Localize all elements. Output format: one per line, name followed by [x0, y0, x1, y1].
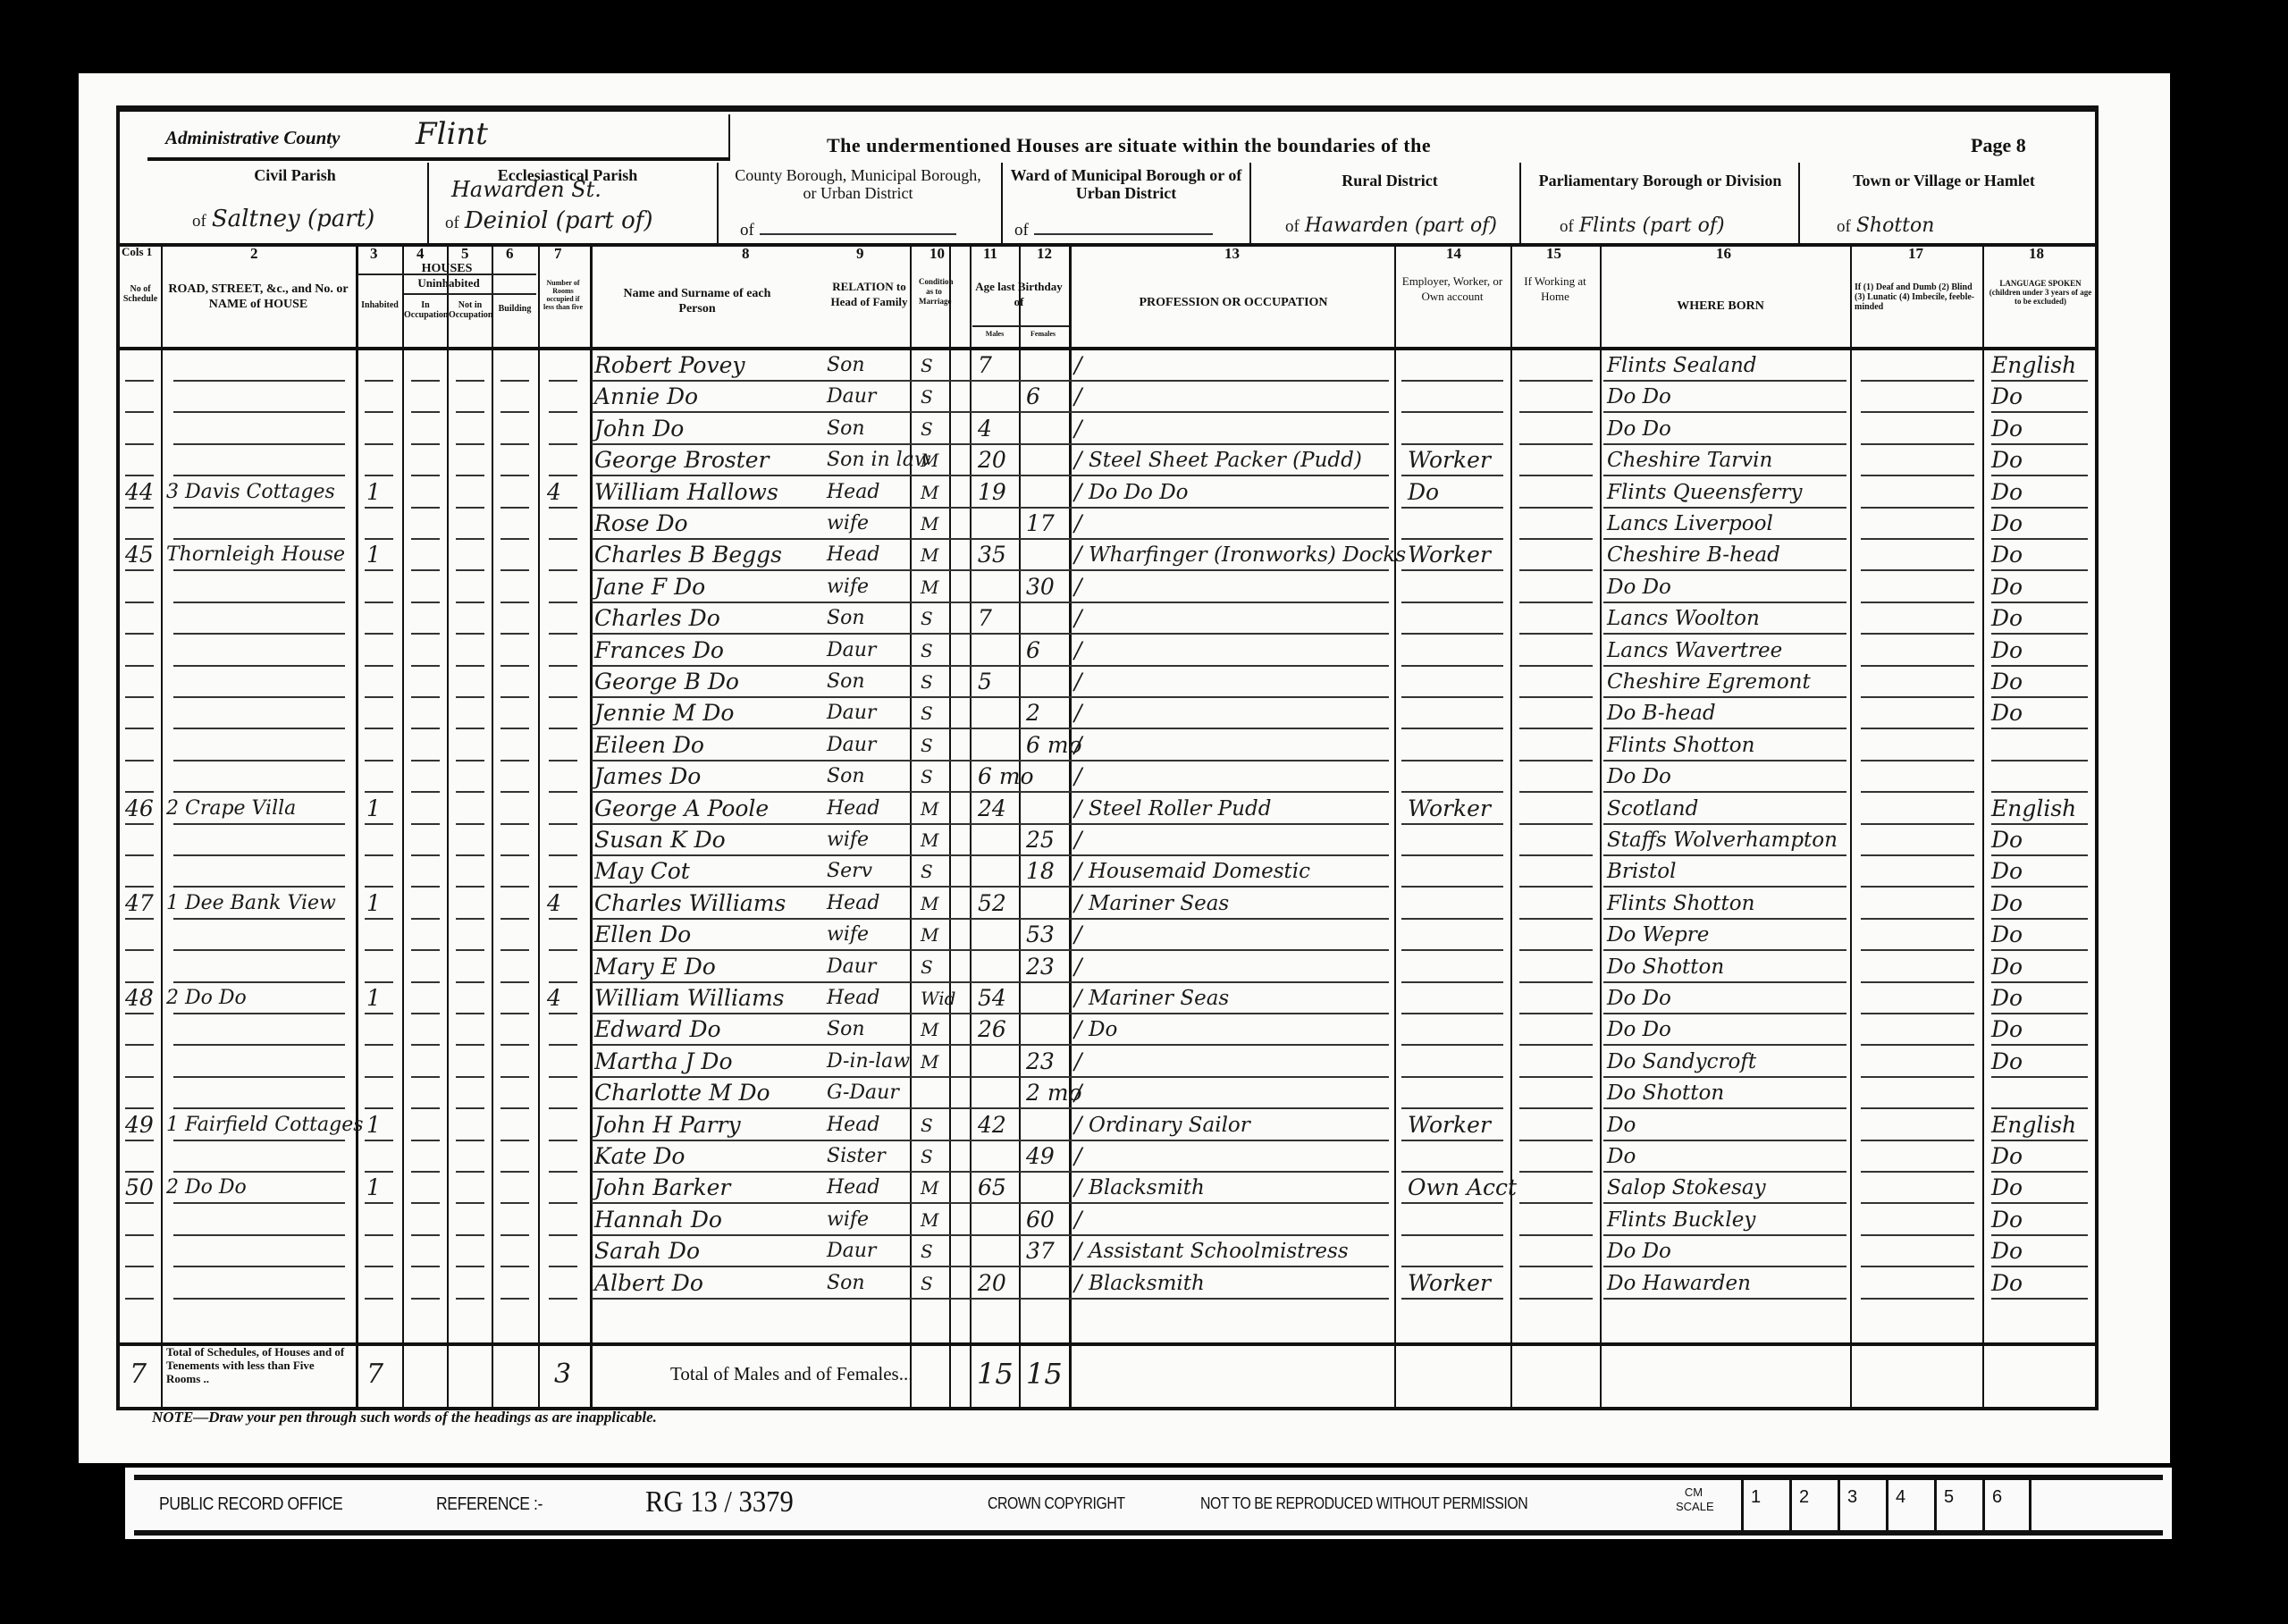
schedule-number: 48: [125, 983, 154, 1014]
table-row: /Albert DoSonS20BlacksmithWorkerDo Hawar…: [0, 1268, 1975, 1300]
total-schedules: 7: [130, 1359, 147, 1390]
tick-mark: /: [1074, 1205, 1081, 1236]
person-name: Jennie M Do: [594, 698, 734, 729]
column-number: 17: [1908, 245, 1923, 263]
language: Do: [1991, 572, 2023, 603]
relation: Daur: [827, 730, 876, 762]
employment-status: Own Acct: [1408, 1173, 1517, 1204]
birthplace: Do Wepre: [1607, 920, 1709, 951]
column-number: 5: [461, 245, 469, 263]
relation: wife: [827, 509, 869, 540]
town-value: ofShotton: [1837, 215, 1934, 237]
relation: Daur: [827, 382, 876, 413]
table-row: /George B DoSonS5Cheshire EgremontDo: [0, 667, 1975, 698]
column-number: 3: [370, 245, 378, 263]
person-name: Charles B Beggs: [594, 540, 782, 571]
marital-condition: M: [921, 1205, 938, 1236]
tick-mark: /: [1074, 762, 1081, 793]
inhabited-count: 1: [366, 1173, 381, 1204]
relation: Daur: [827, 952, 876, 983]
column-number: 18: [2029, 245, 2044, 263]
relation: Head: [827, 983, 879, 1014]
language: Do: [1991, 540, 2023, 571]
address: Thornleigh House: [166, 540, 345, 571]
cm-scale-mark: 6: [1982, 1480, 2031, 1530]
language: English: [1991, 350, 2076, 382]
col-head-infirmity: If (1) Deaf and Dumb (2) Blind (3) Lunat…: [1855, 282, 1980, 312]
col-head-employment: Employer, Worker, or Own account: [1399, 273, 1506, 304]
address: 3 Davis Cottages: [166, 477, 335, 509]
relation: Head: [827, 888, 879, 920]
footer-office: PUBLIC RECORD OFFICE: [159, 1494, 342, 1515]
relation: Head: [827, 477, 879, 509]
birthplace: Scotland: [1607, 794, 1698, 825]
table-row: /Susan K DowifeM25Staffs WolverhamptonDo: [0, 825, 1975, 856]
employment-status: Worker: [1408, 540, 1491, 571]
female-age: 17: [1026, 509, 1055, 540]
relation: Head: [827, 540, 879, 571]
cm-scale-mark: 4: [1886, 1480, 1934, 1530]
person-name: Rose Do: [594, 509, 688, 540]
col-head-schedule: No of Schedule: [122, 284, 159, 304]
total-rooms: 3: [554, 1359, 571, 1390]
footer-permission: NOT TO BE REPRODUCED WITHOUT PERMISSION: [1200, 1494, 1527, 1513]
instructions-note: NOTE—Draw your pen through such words of…: [152, 1409, 657, 1426]
person-name: Martha J Do: [594, 1047, 733, 1078]
person-name: William Williams: [594, 983, 784, 1014]
inhabited-count: 1: [366, 477, 381, 509]
relation: Sister: [827, 1141, 886, 1173]
civil-parish-label: Civil Parish: [179, 166, 411, 184]
male-age: 7: [978, 603, 992, 635]
person-name: Charlotte M Do: [594, 1078, 770, 1109]
female-age: 6: [1026, 635, 1040, 667]
female-age: 23: [1026, 1047, 1055, 1078]
table-row: /Charlotte M DoG-Daur2 moDo Shotton: [0, 1078, 1975, 1109]
employment-status: Do: [1408, 477, 1439, 509]
cm-scale-label: CM SCALE: [1676, 1485, 1712, 1514]
footer-reference: RG 13 / 3379: [645, 1485, 794, 1519]
column-number: 2: [250, 245, 258, 263]
marital-condition: S: [921, 1268, 933, 1300]
address: 2 Do Do: [166, 1173, 247, 1204]
male-age: 42: [978, 1110, 1006, 1141]
person-name: John Barker: [594, 1173, 730, 1204]
total-males: 15: [977, 1357, 1014, 1391]
birthplace: Cheshire Egremont: [1607, 667, 1811, 698]
column-number: 12: [1037, 245, 1052, 263]
column-number: 16: [1716, 245, 1731, 263]
language: Do: [1991, 1205, 2023, 1236]
birthplace: Do Do: [1607, 382, 1671, 413]
marital-condition: M: [921, 572, 938, 603]
marital-condition: M: [921, 888, 938, 920]
tick-mark: /: [1074, 888, 1081, 920]
column-number: 7: [554, 245, 562, 263]
ward-label: Ward of Municipal Borough or of Urban Di…: [1010, 166, 1242, 202]
person-name: George B Do: [594, 667, 739, 698]
occupation: Steel Roller Pudd: [1089, 794, 1271, 825]
ward-value: of: [1014, 215, 1213, 241]
inhabited-count: 1: [366, 1110, 381, 1141]
relation: Son: [827, 414, 865, 445]
person-name: Annie Do: [594, 382, 698, 413]
table-row: /Martha J DoD-in-lawM23Do SandycroftDo: [0, 1047, 1975, 1078]
occupation: Assistant Schoolmistress: [1089, 1236, 1349, 1267]
eccl-parish-annotation: Hawarden St.: [451, 177, 601, 202]
inhabited-count: 1: [366, 983, 381, 1014]
marital-condition: S: [921, 762, 933, 793]
marital-condition: S: [921, 698, 933, 729]
relation: Daur: [827, 698, 876, 729]
language: Do: [1991, 603, 2023, 635]
person-name: William Hallows: [594, 477, 778, 509]
rooms-count: 4: [547, 983, 561, 1014]
tick-mark: /: [1074, 952, 1081, 983]
relation: Daur: [827, 1236, 876, 1267]
language: English: [1991, 794, 2076, 825]
relation: Son in law: [827, 445, 931, 476]
birthplace: Lancs Liverpool: [1607, 509, 1773, 540]
tick-mark: /: [1074, 540, 1081, 571]
marital-condition: M: [921, 1047, 938, 1078]
rooms-count: 4: [547, 888, 561, 920]
person-name: Edward Do: [594, 1014, 721, 1046]
marital-condition: S: [921, 856, 933, 888]
female-age: 37: [1026, 1236, 1055, 1267]
male-age: 6 mo: [978, 762, 1034, 793]
birthplace: Do Sandycroft: [1607, 1047, 1756, 1078]
male-age: 52: [978, 888, 1006, 920]
language: Do: [1991, 477, 2023, 509]
occupation: Mariner Seas: [1089, 983, 1229, 1014]
language: Do: [1991, 635, 2023, 667]
language: Do: [1991, 888, 2023, 920]
col-head-building: Building: [493, 304, 536, 314]
person-name: James Do: [594, 762, 701, 793]
birthplace: Cheshire B-head: [1607, 540, 1780, 571]
tick-mark: /: [1074, 1173, 1081, 1204]
occupation: Do: [1089, 1014, 1117, 1046]
birthplace: Flints Buckley: [1607, 1205, 1755, 1236]
table-row: /Sarah DoDaurS37Assistant Schoolmistress…: [0, 1236, 1975, 1267]
language: Do: [1991, 382, 2023, 413]
schedule-number: 46: [125, 794, 154, 825]
language: Do: [1991, 1173, 2023, 1204]
marital-condition: S: [921, 635, 933, 667]
employment-status: Worker: [1408, 445, 1491, 476]
birthplace: Flints Queensferry: [1607, 477, 1802, 509]
male-age: 20: [978, 445, 1006, 476]
schedule-number: 44: [125, 477, 154, 509]
birthplace: Do Do: [1607, 414, 1671, 445]
language: Do: [1991, 1268, 2023, 1300]
person-name: John Do: [594, 414, 684, 445]
civil-parish-value: ofSaltney (part): [192, 206, 374, 232]
col-head-in-occupation: In Occupation: [404, 300, 447, 320]
language: Do: [1991, 1236, 2023, 1267]
marital-condition: M: [921, 1173, 938, 1204]
language: Do: [1991, 667, 2023, 698]
tick-mark: /: [1074, 856, 1081, 888]
cm-scale-mark: 3: [1838, 1480, 1886, 1530]
birthplace: Flints Shotton: [1607, 730, 1754, 762]
tick-mark: /: [1074, 509, 1081, 540]
tick-mark: /: [1074, 382, 1081, 413]
column-number: 10: [929, 245, 945, 263]
male-age: 19: [978, 477, 1006, 509]
language: Do: [1991, 698, 2023, 729]
total-inhabited: 7: [366, 1359, 383, 1390]
relation: Serv: [827, 856, 872, 888]
birthplace: Do Do: [1607, 762, 1671, 793]
col-head-name: Name and Surname of each Person: [608, 286, 786, 316]
table-row: /Annie DoDaurS6Do DoDo: [0, 382, 1975, 413]
total-persons-label: Total of Males and of Females...: [670, 1363, 913, 1385]
tick-mark: /: [1074, 794, 1081, 825]
column-number: 11: [983, 245, 997, 263]
totals-label: Total of Schedules, of Houses and of Ten…: [166, 1345, 345, 1385]
col-head-not-in-occupation: Not in Occupation: [449, 300, 492, 320]
relation: Head: [827, 1173, 879, 1204]
tick-mark: /: [1074, 1014, 1081, 1046]
language: Do: [1991, 445, 2023, 476]
person-name: John H Parry: [594, 1110, 741, 1141]
person-name: Mary E Do: [594, 952, 716, 983]
language: Do: [1991, 1014, 2023, 1046]
footer-copyright: CROWN COPYRIGHT: [988, 1494, 1125, 1513]
county-borough-value: of: [740, 215, 956, 241]
tick-mark: /: [1074, 667, 1081, 698]
person-name: Frances Do: [594, 635, 724, 667]
col-head-relation: RELATION to Head of Family: [822, 279, 916, 309]
table-row: /Robert PoveySonS7Flints SealandEnglish: [0, 350, 1975, 382]
occupation: Ordinary Sailor: [1089, 1110, 1250, 1141]
table-row: /Rose DowifeM17Lancs LiverpoolDo: [0, 509, 1975, 540]
col-head-uninhabited: Uninhabited: [404, 275, 493, 290]
tick-mark: /: [1074, 698, 1081, 729]
column-number: 4: [416, 245, 425, 263]
person-name: George A Poole: [594, 794, 769, 825]
person-name: Susan K Do: [594, 825, 726, 856]
col-head-age: Age last Birthday of: [970, 279, 1068, 309]
male-age: 5: [978, 667, 992, 698]
relation: G-Daur: [827, 1078, 899, 1109]
birthplace: Lancs Woolton: [1607, 603, 1760, 635]
birthplace: Do Do: [1607, 572, 1671, 603]
tick-mark: /: [1074, 477, 1081, 509]
person-name: Ellen Do: [594, 920, 691, 951]
marital-condition: S: [921, 350, 933, 382]
col-head-inhabited: Inhabited: [357, 300, 402, 310]
table-row: /491 Fairfield Cottages1John H ParryHead…: [0, 1110, 1975, 1141]
birthplace: Do: [1607, 1141, 1636, 1173]
relation: wife: [827, 825, 869, 856]
male-age: 35: [978, 540, 1006, 571]
relation: Son: [827, 1014, 865, 1046]
table-row: /Ellen DowifeM53Do WepreDo: [0, 920, 1975, 951]
occupation: Mariner Seas: [1089, 888, 1229, 920]
birthplace: Do Shotton: [1607, 1078, 1724, 1109]
column-number: 9: [856, 245, 864, 263]
column-number: 15: [1546, 245, 1561, 263]
table-row: /482 Do Do14William WilliamsHeadWid54Mar…: [0, 983, 1975, 1014]
total-females: 15: [1026, 1357, 1063, 1391]
marital-condition: M: [921, 794, 938, 825]
tick-mark: /: [1074, 1110, 1081, 1141]
birthplace: Bristol: [1607, 856, 1677, 888]
table-row: /James DoSonS6 moDo Do: [0, 762, 1975, 793]
birthplace: Do Shotton: [1607, 952, 1724, 983]
col-head-females: Females: [1021, 329, 1065, 339]
county-borough-label: County Borough, Municipal Borough, or Ur…: [728, 166, 988, 202]
language: Do: [1991, 983, 2023, 1014]
male-age: 24: [978, 794, 1006, 825]
marital-condition: M: [921, 540, 938, 571]
table-row: /Hannah DowifeM60Flints BuckleyDo: [0, 1205, 1975, 1236]
tick-mark: /: [1074, 572, 1081, 603]
occupation: Blacksmith: [1089, 1268, 1205, 1300]
col-head-language: LANGUAGE SPOKEN (children under 3 years …: [1986, 279, 2095, 306]
marital-condition: M: [921, 477, 938, 509]
person-name: May Cot: [594, 856, 690, 888]
tick-mark: /: [1074, 825, 1081, 856]
eccl-parish-value: ofDeiniol (part of): [445, 207, 653, 234]
birthplace: Do B-head: [1607, 698, 1716, 729]
person-name: George Broster: [594, 445, 770, 476]
birthplace: Do Do: [1607, 1014, 1671, 1046]
column-number: Cols 1: [122, 245, 152, 259]
female-age: 60: [1026, 1205, 1055, 1236]
person-name: Kate Do: [594, 1141, 685, 1173]
col-head-where-born: WHERE BORN: [1600, 299, 1841, 314]
footer-reference-label: REFERENCE :-: [436, 1494, 543, 1515]
col-head-rooms: Number of Rooms occupied if less than fi…: [542, 279, 585, 311]
language: Do: [1991, 825, 2023, 856]
person-name: Charles Do: [594, 603, 720, 635]
employment-status: Worker: [1408, 794, 1491, 825]
col-head-males: Males: [972, 329, 1017, 339]
language: Do: [1991, 1141, 2023, 1173]
employment-status: Worker: [1408, 1268, 1491, 1300]
employment-status: Worker: [1408, 1110, 1491, 1141]
col-head-at-home: If Working at Home: [1515, 273, 1595, 304]
male-age: 65: [978, 1173, 1006, 1204]
tick-mark: /: [1074, 350, 1081, 382]
birthplace: Do Hawarden: [1607, 1268, 1751, 1300]
tick-mark: /: [1074, 1268, 1081, 1300]
birthplace: Staffs Wolverhampton: [1607, 825, 1838, 856]
relation: Son: [827, 667, 865, 698]
address: 2 Crape Villa: [166, 794, 296, 825]
rural-district-label: Rural District: [1269, 172, 1510, 189]
marital-condition: M: [921, 825, 938, 856]
inhabited-count: 1: [366, 888, 381, 920]
marital-condition: S: [921, 1110, 933, 1141]
parliamentary-label: Parliamentary Borough or Division: [1533, 172, 1787, 189]
language: Do: [1991, 920, 2023, 951]
relation: Son: [827, 762, 865, 793]
relation: Son: [827, 1268, 865, 1300]
col-head-address: ROAD, STREET, &c., and No. or NAME of HO…: [164, 282, 352, 312]
relation: D-in-law: [827, 1047, 910, 1078]
male-age: 26: [978, 1014, 1006, 1046]
archive-footer: PUBLIC RECORD OFFICE REFERENCE :- RG 13 …: [125, 1468, 2172, 1539]
schedule-number: 45: [125, 540, 154, 571]
birthplace: Cheshire Tarvin: [1607, 445, 1772, 476]
table-row: /Frances DoDaurS6Lancs WavertreeDo: [0, 635, 1975, 667]
marital-condition: Wid: [921, 983, 955, 1014]
table-row: /May CotServS18Housemaid DomesticBristol…: [0, 856, 1975, 888]
column-number: 14: [1446, 245, 1461, 263]
table-row: /Mary E DoDaurS23Do ShottonDo: [0, 952, 1975, 983]
town-label: Town or Village or Hamlet: [1810, 172, 2078, 189]
person-name: Eileen Do: [594, 730, 704, 762]
marital-condition: S: [921, 667, 933, 698]
male-age: 54: [978, 983, 1006, 1014]
male-age: 4: [978, 414, 992, 445]
female-age: 23: [1026, 952, 1055, 983]
occupation: Blacksmith: [1089, 1173, 1205, 1204]
relation: Head: [827, 794, 879, 825]
rural-district-value: ofHawarden (part of): [1285, 215, 1497, 237]
language: Do: [1991, 952, 2023, 983]
marital-condition: M: [921, 509, 938, 540]
relation: Head: [827, 1110, 879, 1141]
relation: wife: [827, 572, 869, 603]
marital-condition: S: [921, 414, 933, 445]
column-number: 6: [506, 245, 514, 263]
tick-mark: /: [1074, 603, 1081, 635]
marital-condition: S: [921, 952, 933, 983]
birthplace: Do Do: [1607, 983, 1671, 1014]
address: 1 Dee Bank View: [166, 888, 336, 920]
col-head-occupation: PROFESSION OR OCCUPATION: [1081, 295, 1385, 310]
schedule-number: 47: [125, 888, 154, 920]
table-row: /Eileen DoDaurS6 moFlints Shotton: [0, 730, 1975, 762]
table-row: /Edward DoSonM26DoDo DoDo: [0, 1014, 1975, 1046]
female-age: 30: [1026, 572, 1055, 603]
inhabited-count: 1: [366, 540, 381, 571]
col-head-houses: HOUSES: [357, 261, 536, 276]
tick-mark: /: [1074, 1236, 1081, 1267]
female-age: 6 mo: [1026, 730, 1082, 762]
address: 2 Do Do: [166, 983, 247, 1014]
relation: wife: [827, 1205, 869, 1236]
marital-condition: M: [921, 920, 938, 951]
language: Do: [1991, 1047, 2023, 1078]
table-row: /471 Dee Bank View14Charles WilliamsHead…: [0, 888, 1975, 920]
table-row: /462 Crape Villa1George A PooleHeadM24St…: [0, 794, 1975, 825]
person-name: Sarah Do: [594, 1236, 700, 1267]
table-row: /George BrosterSon in lawM20Steel Sheet …: [0, 445, 1975, 476]
person-name: Jane F Do: [594, 572, 705, 603]
female-age: 49: [1026, 1141, 1055, 1173]
tick-mark: /: [1074, 635, 1081, 667]
marital-condition: S: [921, 382, 933, 413]
language: Do: [1991, 856, 2023, 888]
female-age: 2 mo: [1026, 1078, 1082, 1109]
female-age: 53: [1026, 920, 1055, 951]
rooms-count: 4: [547, 477, 561, 509]
relation: Son: [827, 603, 865, 635]
cm-scale-mark: 1: [1741, 1480, 1789, 1530]
marital-condition: S: [921, 603, 933, 635]
cm-scale-mark: 2: [1789, 1480, 1838, 1530]
tick-mark: /: [1074, 920, 1081, 951]
relation: Son: [827, 350, 865, 382]
marital-condition: M: [921, 445, 938, 476]
